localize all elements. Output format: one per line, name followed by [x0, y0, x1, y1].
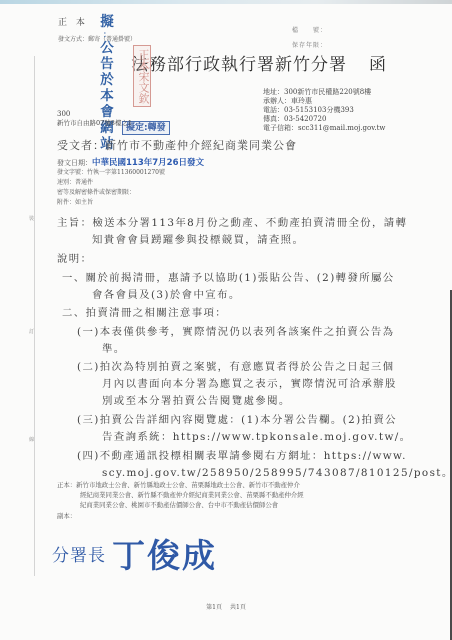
subitem-4-line-1: (四)不動產通訊投標相關表單請參閱右方網址：https://www.	[77, 449, 407, 464]
reference-number: 發文字號：竹執一字第11360001270號	[57, 167, 165, 176]
subject-label: 主旨：	[57, 217, 92, 229]
agency-name: 法務部行政執行署新竹分署	[131, 55, 347, 75]
stamp-char: 本	[98, 88, 116, 104]
stamp-char: 告	[98, 56, 116, 72]
page-number: 第1頁	[206, 604, 222, 611]
file-number-label: 檔 號：	[292, 25, 327, 34]
dispatch-method: 發文方式：郵寄（普通掛號）	[58, 34, 136, 43]
subitem-2-line-2: 月內以書面向本分署為應買之表示，實際情況可洽承辦股	[102, 377, 397, 392]
subitem-3-line-1: (三)拍賣公告詳細內容閱覽處：(1)本分署公告欄。(2)拍賣公	[77, 413, 397, 428]
subitem-1-line-1: (一)本表僅供參考，實際情況仍以表列各該案件之拍賣公告為	[77, 325, 394, 340]
subject-line-1: 主旨：檢送本分署113年8月份之動產、不動產拍賣清冊全份，請轉	[57, 216, 407, 231]
stamp-char: 公	[98, 40, 116, 56]
signature: 分署長丁俊成	[52, 530, 217, 577]
page-footer: 第1頁共1頁	[0, 602, 452, 611]
stamp-char: 擬	[98, 14, 116, 30]
subject-text: 檢送本分署113年8月份之動產、不動產拍賣清冊全份，請轉	[92, 217, 407, 229]
sender-address: 新竹市自由路07號8樓之1	[57, 118, 132, 127]
copy-type: 正 本	[58, 15, 88, 28]
explanation-label: 說明：	[57, 252, 92, 267]
subitem-3-line-2: 告查詢系統：https://www.tpkonsale.moj.gov.tw/。	[102, 430, 411, 445]
original-recipients-line-2: 經紀商業同業公會、新竹縣不動產仲介經紀商業同業公會、苗栗縣不動產仲介經	[80, 490, 304, 500]
subitem-1-line-2: 準。	[102, 342, 126, 357]
security-level: 密等及解密條件或保密期限：	[57, 187, 135, 196]
binding-mark-xian: 線	[29, 436, 34, 443]
subject-line-2: 知貴會會員踴躍參與投標競買，請查照。	[92, 233, 304, 248]
copy-label: 副本：	[57, 511, 76, 521]
item-1-line-1: 一、關於前揭清冊，惠請予以協助(1)張貼公告、(2)轉發所屬公	[62, 271, 395, 286]
subitem-2-line-1: (二)拍次為特別拍賣之案號，有意應買者得於公告之日起三個	[77, 360, 394, 375]
attachment: 附件：如主旨	[57, 197, 93, 206]
document-title: 法務部行政執行署新竹分署函	[131, 50, 387, 75]
priority: 速別：普通件	[57, 177, 93, 186]
binding-line	[34, 56, 35, 576]
signatory-name: 丁俊成	[112, 536, 217, 575]
binding-mark-zhuang: 裝	[29, 215, 34, 222]
contact-email: 電子信箱：scc311@mail.moj.gov.tw	[263, 123, 385, 133]
original-label: 正本：	[57, 481, 76, 489]
stamp-char: ：	[98, 30, 116, 40]
signatory-title: 分署長	[52, 546, 106, 566]
subitem-2-line-3: 別或至本分署拍賣公告閱覽處參閱。	[102, 394, 291, 409]
postal-code: 300	[57, 110, 70, 118]
page-total: 共1頁	[230, 604, 246, 611]
stamp-char: 於	[98, 72, 116, 88]
item-1-line-2: 會各會員及(3)於會中宣布。	[92, 288, 241, 303]
issue-date-label: 發文日期：	[57, 159, 92, 167]
subitem-4-line-2: scy.moj.gov.tw/258950/258995/743087/8101…	[102, 466, 452, 481]
scan-edge	[0, 0, 452, 4]
blue-vertical-stamp: 擬 ： 公 告 於 本 會 網 站	[98, 14, 116, 152]
binding-mark-ding: 訂	[29, 328, 34, 335]
original-recipients-text: 新竹市地政士公會、新竹縣地政士公會、苗栗縣地政士公會、新竹市不動產仲介	[76, 481, 300, 489]
original-recipients-line-3: 紀商業同業公會、桃園市不動產估價師公會、台中市不動產估價師公會	[80, 500, 278, 510]
recipient: 受文者：新竹市不動產仲介經紀商業同業公會	[57, 137, 297, 153]
document-kind: 函	[369, 55, 387, 75]
retention-period-label: 保存年限：	[292, 40, 327, 49]
item-2-heading: 二、拍賣清冊之相關注意事項：	[62, 306, 227, 321]
red-seal-stamp: 正本宋文欽	[133, 45, 151, 107]
original-recipients-line-1: 正本：新竹市地政士公會、新竹縣地政士公會、苗栗縣地政士公會、新竹市不動產仲介	[57, 480, 300, 490]
